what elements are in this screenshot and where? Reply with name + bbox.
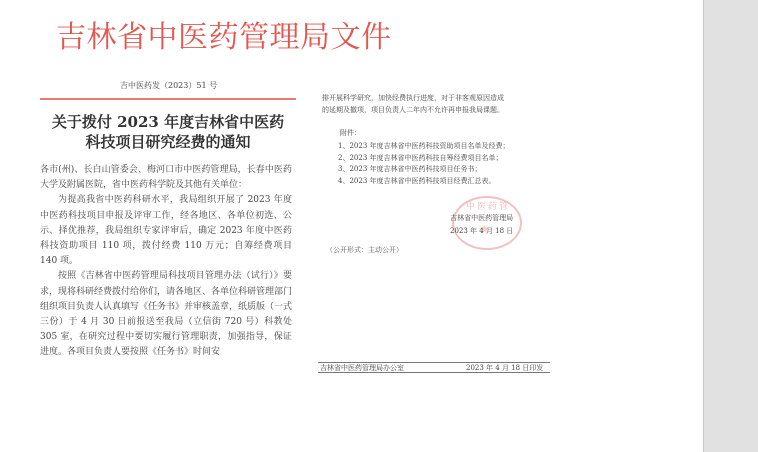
issue-date: 2023 年 4 月 18 日 [450, 225, 513, 238]
document-number: 吉中医药发（2023）51 号 [120, 80, 217, 91]
title-line-2: 科技项目研究经费的通知 [40, 132, 296, 152]
public-form: （公开形式：主动公开） [326, 245, 403, 255]
continuation-text: 排开展科学研究，加快经费执行进度，对于非客观原因造成 的延期及撤项，项目负责人二… [322, 92, 562, 116]
seal-text: 中医药管 [466, 199, 510, 212]
issuer: 吉林省中医药管理局 [450, 212, 513, 225]
attachment-item: 2、2023 年度吉林省中医药科技自筹经费项目名单； [338, 153, 510, 165]
attachment-item: 3、2023 年度吉林省中医药科技项目任务书； [338, 164, 510, 176]
footer-rule [318, 372, 550, 373]
document-viewer: 吉林省中医药管理局文件 吉中医药发（2023）51 号 关于拨付 2023 年度… [0, 0, 703, 452]
red-divider [40, 98, 296, 100]
attachments-label: 附件： [340, 128, 361, 138]
continuation-line: 的延期及撤项，项目负责人二年内不允许再申报我局课题。 [322, 104, 562, 116]
document-title: 关于拨付 2023 年度吉林省中医药 科技项目研究经费的通知 [40, 112, 296, 152]
attachment-item: 1、2023 年度吉林省中医药科技资助项目名单及经费； [338, 141, 510, 153]
side-panel[interactable] [703, 0, 758, 452]
attachment-item: 4、2023 年度吉林省中医药科技项目经费汇总表。 [338, 176, 510, 188]
paragraph: 按照《吉林省中医药管理局科技项目管理办法（试行）》要求，现将科研经费拨付给你们，… [40, 269, 292, 360]
title-line-1: 关于拨付 2023 年度吉林省中医药 [40, 112, 296, 132]
page-left: 吉林省中医药管理局文件 吉中医药发（2023）51 号 关于拨付 2023 年度… [0, 0, 310, 452]
signoff: 吉林省中医药管理局 2023 年 4 月 18 日 [450, 212, 513, 238]
body-text: 各市(州)、长白山管委会、梅河口市中医药管理局，长春中医药大学及附属医院，省中医… [40, 163, 292, 361]
attachments-list: 1、2023 年度吉林省中医药科技资助项目名单及经费； 2、2023 年度吉林省… [338, 141, 510, 187]
continuation-line: 排开展科学研究，加快经费执行进度，对于非客观原因造成 [322, 92, 562, 104]
salutation: 各市(州)、长白山管委会、梅河口市中医药管理局，长春中医药大学及附属医院，省中医… [40, 163, 292, 193]
paragraph: 为提高我省中医药科研水平，我局组织开展了 2023 年度中医药科技项目申报及评审… [40, 193, 292, 269]
